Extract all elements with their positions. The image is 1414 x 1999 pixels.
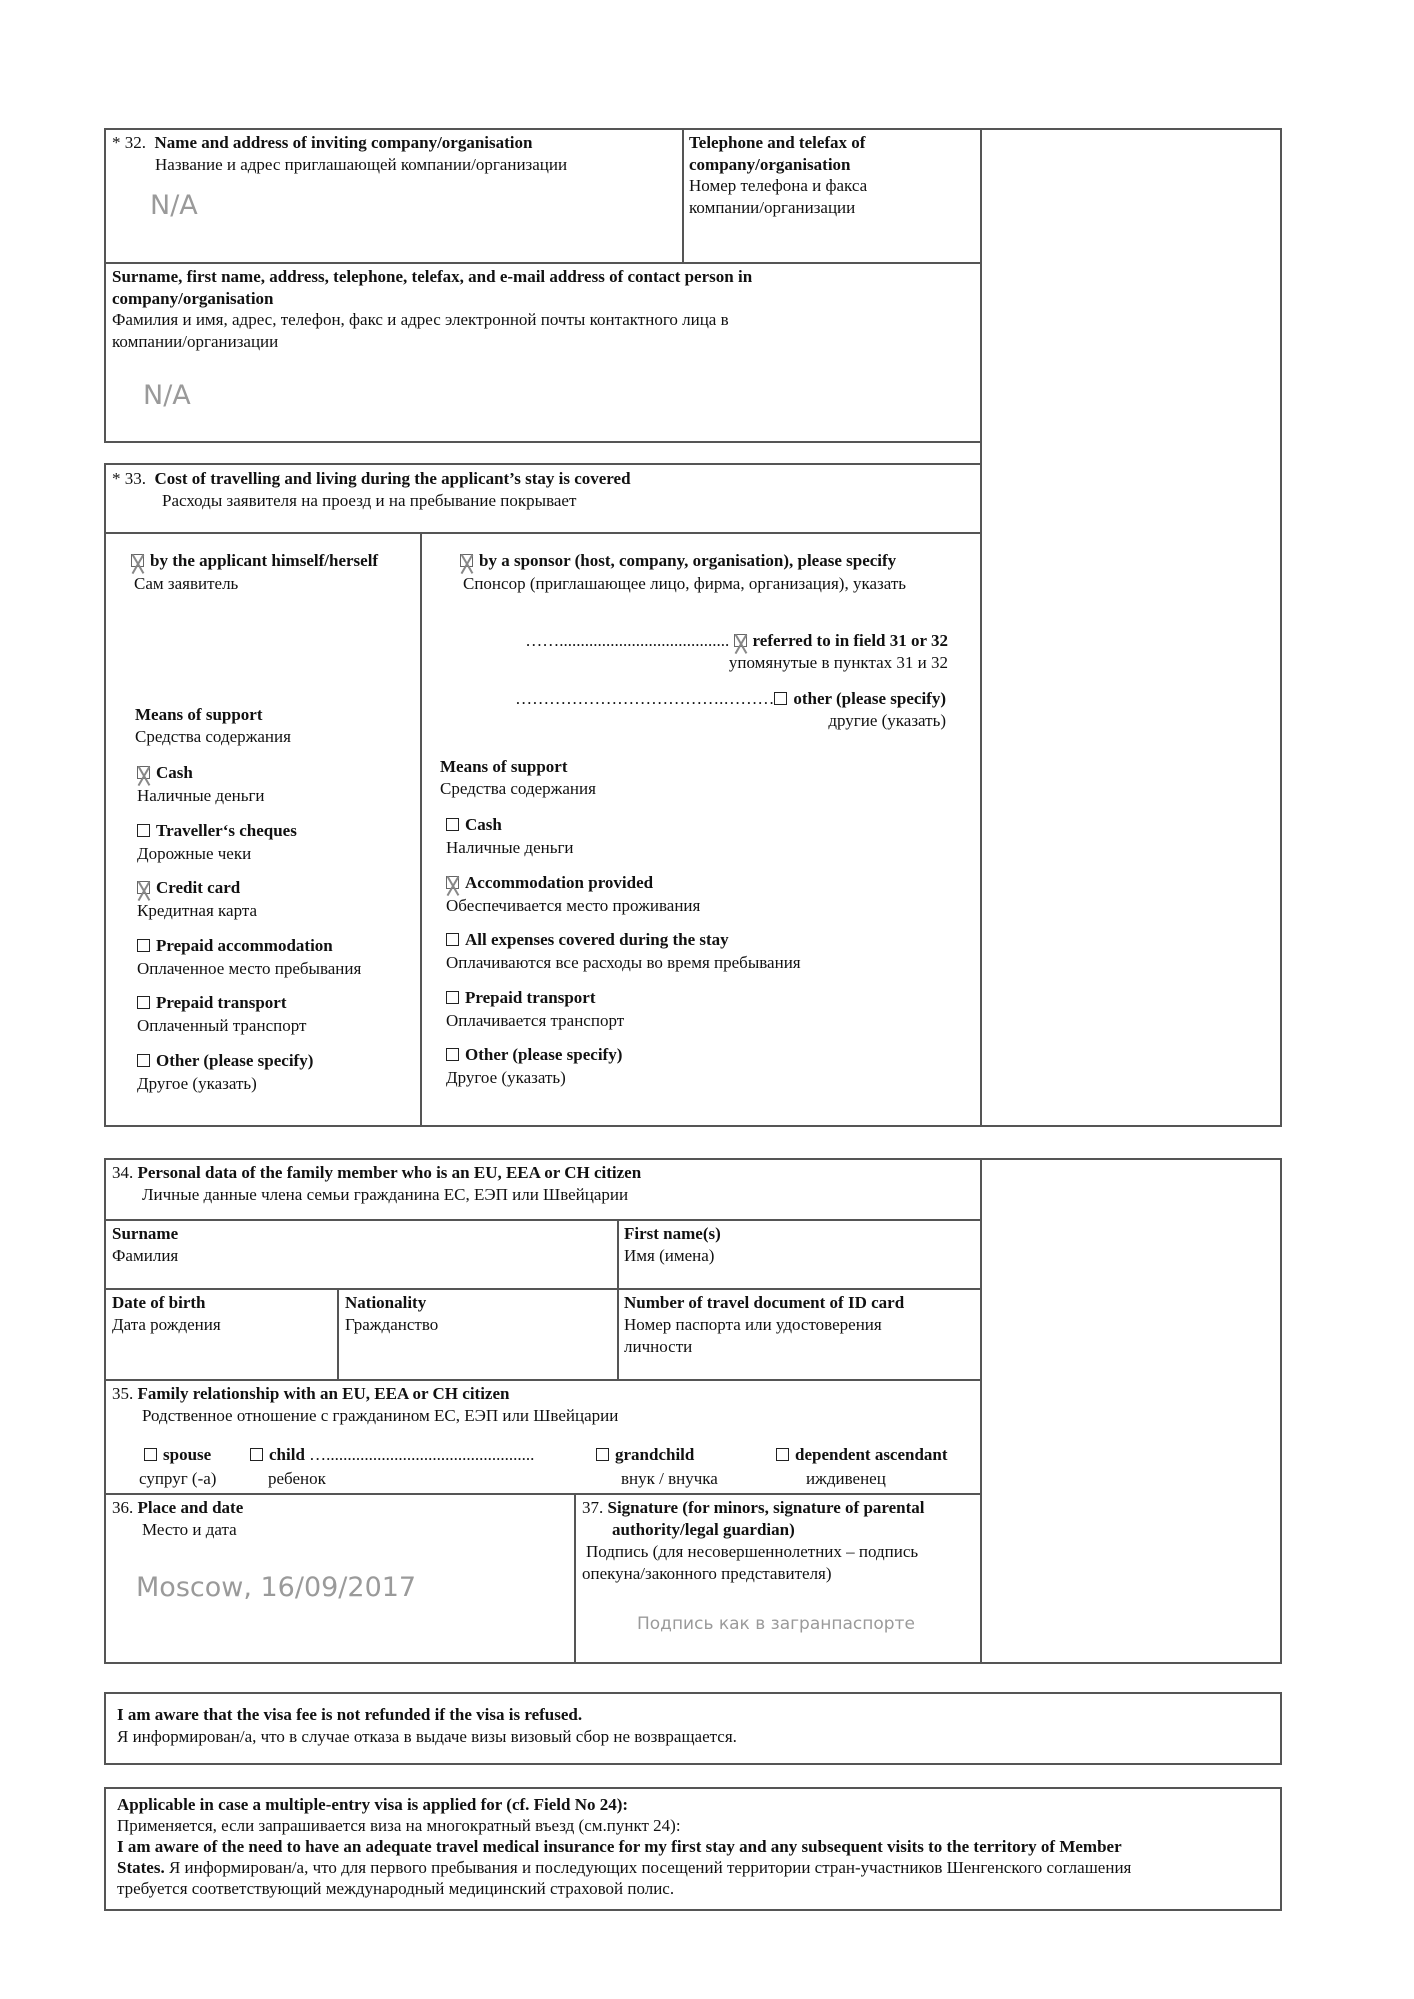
multi-entry-title-ru: Применяется, если запрашивается виза на … <box>117 1815 681 1836</box>
relation-ascendant-ru: иждивенец <box>806 1468 886 1489</box>
field-36-label-ru: Место и дата <box>142 1519 237 1540</box>
divider <box>682 128 684 263</box>
empty-box-icon[interactable] <box>446 933 459 946</box>
divider <box>104 1219 982 1221</box>
relation-grandchild[interactable]: grandchild <box>596 1444 694 1465</box>
right-column-block2 <box>980 1158 1282 1664</box>
referred-label-ru: упомянутые в пунктах 31 и 32 <box>729 652 948 673</box>
applicant-label-ru: Сам заявитель <box>134 573 238 594</box>
applicant-option-ru: Оплаченный транспорт <box>137 1015 306 1036</box>
empty-box-icon[interactable] <box>144 1448 157 1461</box>
sponsor-option[interactable]: Other (please specify) <box>446 1044 622 1065</box>
applicant-option[interactable]: Prepaid accommodation <box>137 935 333 956</box>
divider <box>420 532 422 1126</box>
doc-number-label-ru-2: личности <box>624 1336 692 1357</box>
empty-box-icon[interactable] <box>446 818 459 831</box>
field-32-value[interactable]: N/A <box>150 190 198 221</box>
applicant-option-ru: Оплаченное место пребывания <box>137 958 361 979</box>
firstname-label-ru: Имя (имена) <box>624 1245 714 1266</box>
empty-box-icon[interactable] <box>137 939 150 952</box>
sponsor-option[interactable]: Prepaid transport <box>446 987 596 1008</box>
sponsor-option[interactable]: Accommodation provided <box>446 872 653 893</box>
phone-label: Telephone and telefax of <box>689 132 865 153</box>
sponsor-option-ru: Обеспечивается место проживания <box>446 895 700 916</box>
applicant-option[interactable]: Other (please specify) <box>137 1050 313 1071</box>
empty-box-icon[interactable] <box>596 1448 609 1461</box>
checked-box-icon[interactable] <box>460 554 473 567</box>
field-33-label: * 33. Cost of travelling and living duri… <box>112 468 631 489</box>
right-column-block1 <box>980 128 1282 1127</box>
applicant-option-ru: Наличные деньги <box>137 785 265 806</box>
empty-box-icon[interactable] <box>250 1448 263 1461</box>
sponsor-means-label-ru: Средства содержания <box>440 778 596 799</box>
applicant-means-label: Means of support <box>135 704 263 725</box>
surname-label: Surname <box>112 1223 178 1244</box>
divider <box>104 532 982 534</box>
sponsor-option-ru: Оплачиваются все расходы во время пребыв… <box>446 952 801 973</box>
empty-box-icon[interactable] <box>446 991 459 1004</box>
contact-label-ru-2: компании/организации <box>112 331 278 352</box>
contact-label: Surname, first name, address, telephone,… <box>112 266 752 287</box>
divider <box>617 1219 619 1379</box>
field-32-label: * 32. Name and address of inviting compa… <box>112 132 532 153</box>
place-date-value[interactable]: Moscow, 16/09/2017 <box>136 1572 416 1603</box>
sponsor-option-ru: Другое (указать) <box>446 1067 566 1088</box>
applicant-option-ru: Дорожные чеки <box>137 843 251 864</box>
field-35-label: 35. Family relationship with an EU, EEA … <box>112 1383 509 1404</box>
empty-box-icon[interactable] <box>774 692 787 705</box>
relation-child-ru: ребенок <box>268 1468 326 1489</box>
field-37-label: 37. Signature (for minors, signature of … <box>582 1497 925 1518</box>
nationality-label: Nationality <box>345 1292 426 1313</box>
sponsor-option[interactable]: All expenses covered during the stay <box>446 929 729 950</box>
doc-number-label: Number of travel document of ID card <box>624 1292 904 1313</box>
field-33-label-ru: Расходы заявителя на проезд и на пребыва… <box>162 490 576 511</box>
relation-ascendant[interactable]: dependent ascendant <box>776 1444 948 1465</box>
multi-entry-body: I am aware of the need to have an adequa… <box>117 1836 1122 1857</box>
field-37-label-2: authority/legal guardian) <box>612 1519 795 1540</box>
sponsor-label-ru: Спонсор (приглашающее лицо, фирма, орган… <box>463 573 906 594</box>
checked-box-icon[interactable] <box>137 881 150 894</box>
field-35-label-ru: Родственное отношение с гражданином ЕС, … <box>142 1405 618 1426</box>
visa-fee-notice-en: I am aware that the visa fee is not refu… <box>117 1704 582 1725</box>
applicant-option[interactable]: Cash <box>137 762 193 783</box>
applicant-option[interactable]: Prepaid transport <box>137 992 287 1013</box>
firstname-label: First name(s) <box>624 1223 721 1244</box>
relation-spouse-ru: супруг (-а) <box>139 1468 216 1489</box>
multi-entry-body-3: требуется соответствующий международный … <box>117 1878 674 1899</box>
checked-box-icon[interactable] <box>131 554 144 567</box>
field-37-label-ru: Подпись (для несовершеннолетних – подпис… <box>586 1541 918 1562</box>
field-34-label-ru: Личные данные члена семьи гражданина ЕС,… <box>142 1184 628 1205</box>
multi-entry-body-2: States. Я информирован/а, что для первог… <box>117 1857 1131 1878</box>
applicant-option-ru: Кредитная карта <box>137 900 257 921</box>
phone-label-ru-2: компании/организации <box>689 197 855 218</box>
empty-box-icon[interactable] <box>137 1054 150 1067</box>
applicant-checkbox[interactable]: by the applicant himself/herself <box>131 550 378 571</box>
checked-box-icon[interactable] <box>734 634 747 647</box>
sponsor-option-ru: Оплачивается транспорт <box>446 1010 624 1031</box>
divider <box>104 1379 982 1381</box>
sponsor-option-ru: Наличные деньги <box>446 837 574 858</box>
other-sponsor-label-ru: другие (указать) <box>828 710 946 731</box>
sponsor-checkbox[interactable]: by a sponsor (host, company, organisatio… <box>460 550 896 571</box>
field-32-label-ru: Название и адрес приглашающей компании/о… <box>155 154 567 175</box>
empty-box-icon[interactable] <box>137 996 150 1009</box>
contact-label-2: company/organisation <box>112 288 274 309</box>
visa-fee-notice-ru: Я информирован/а, что в случае отказа в … <box>117 1726 737 1747</box>
divider <box>104 1493 982 1495</box>
applicant-option[interactable]: Credit card <box>137 877 240 898</box>
relation-spouse[interactable]: spouse <box>144 1444 211 1465</box>
empty-box-icon[interactable] <box>776 1448 789 1461</box>
surname-label-ru: Фамилия <box>112 1245 178 1266</box>
sponsor-option[interactable]: Cash <box>446 814 502 835</box>
contact-value[interactable]: N/A <box>143 380 191 411</box>
relation-child[interactable]: child ….................................… <box>250 1444 534 1465</box>
checked-box-icon[interactable] <box>446 876 459 889</box>
divider <box>337 1288 339 1379</box>
empty-box-icon[interactable] <box>137 824 150 837</box>
dob-label: Date of birth <box>112 1292 205 1313</box>
contact-label-ru: Фамилия и имя, адрес, телефон, факс и ад… <box>112 309 729 330</box>
field-36-label: 36. Place and date <box>112 1497 243 1518</box>
phone-label-2: company/organisation <box>689 154 851 175</box>
sponsor-means-label: Means of support <box>440 756 568 777</box>
dob-label-ru: Дата рождения <box>112 1314 221 1335</box>
field-37-label-ru-2: опекуна/законного представителя) <box>582 1563 832 1584</box>
multi-entry-title: Applicable in case a multiple-entry visa… <box>117 1794 628 1815</box>
relation-grandchild-ru: внук / внучка <box>621 1468 718 1489</box>
field-34-label: 34. Personal data of the family member w… <box>112 1162 641 1183</box>
phone-label-ru: Номер телефона и факса <box>689 175 867 196</box>
divider <box>574 1493 576 1663</box>
nationality-label-ru: Гражданство <box>345 1314 438 1335</box>
checked-box-icon[interactable] <box>137 766 150 779</box>
applicant-option[interactable]: Traveller‘s cheques <box>137 820 297 841</box>
applicant-option-ru: Другое (указать) <box>137 1073 257 1094</box>
empty-box-icon[interactable] <box>446 1048 459 1061</box>
divider <box>104 262 982 264</box>
signature-value[interactable]: Подпись как в загранпаспорте <box>637 1614 915 1634</box>
doc-number-label-ru: Номер паспорта или удостоверения <box>624 1314 882 1335</box>
referred-checkbox[interactable]: ……......................................… <box>525 630 948 651</box>
applicant-means-label-ru: Средства содержания <box>135 726 291 747</box>
divider <box>104 1288 982 1290</box>
other-sponsor-checkbox[interactable]: ……………………………….………other (please specify) <box>515 688 946 709</box>
